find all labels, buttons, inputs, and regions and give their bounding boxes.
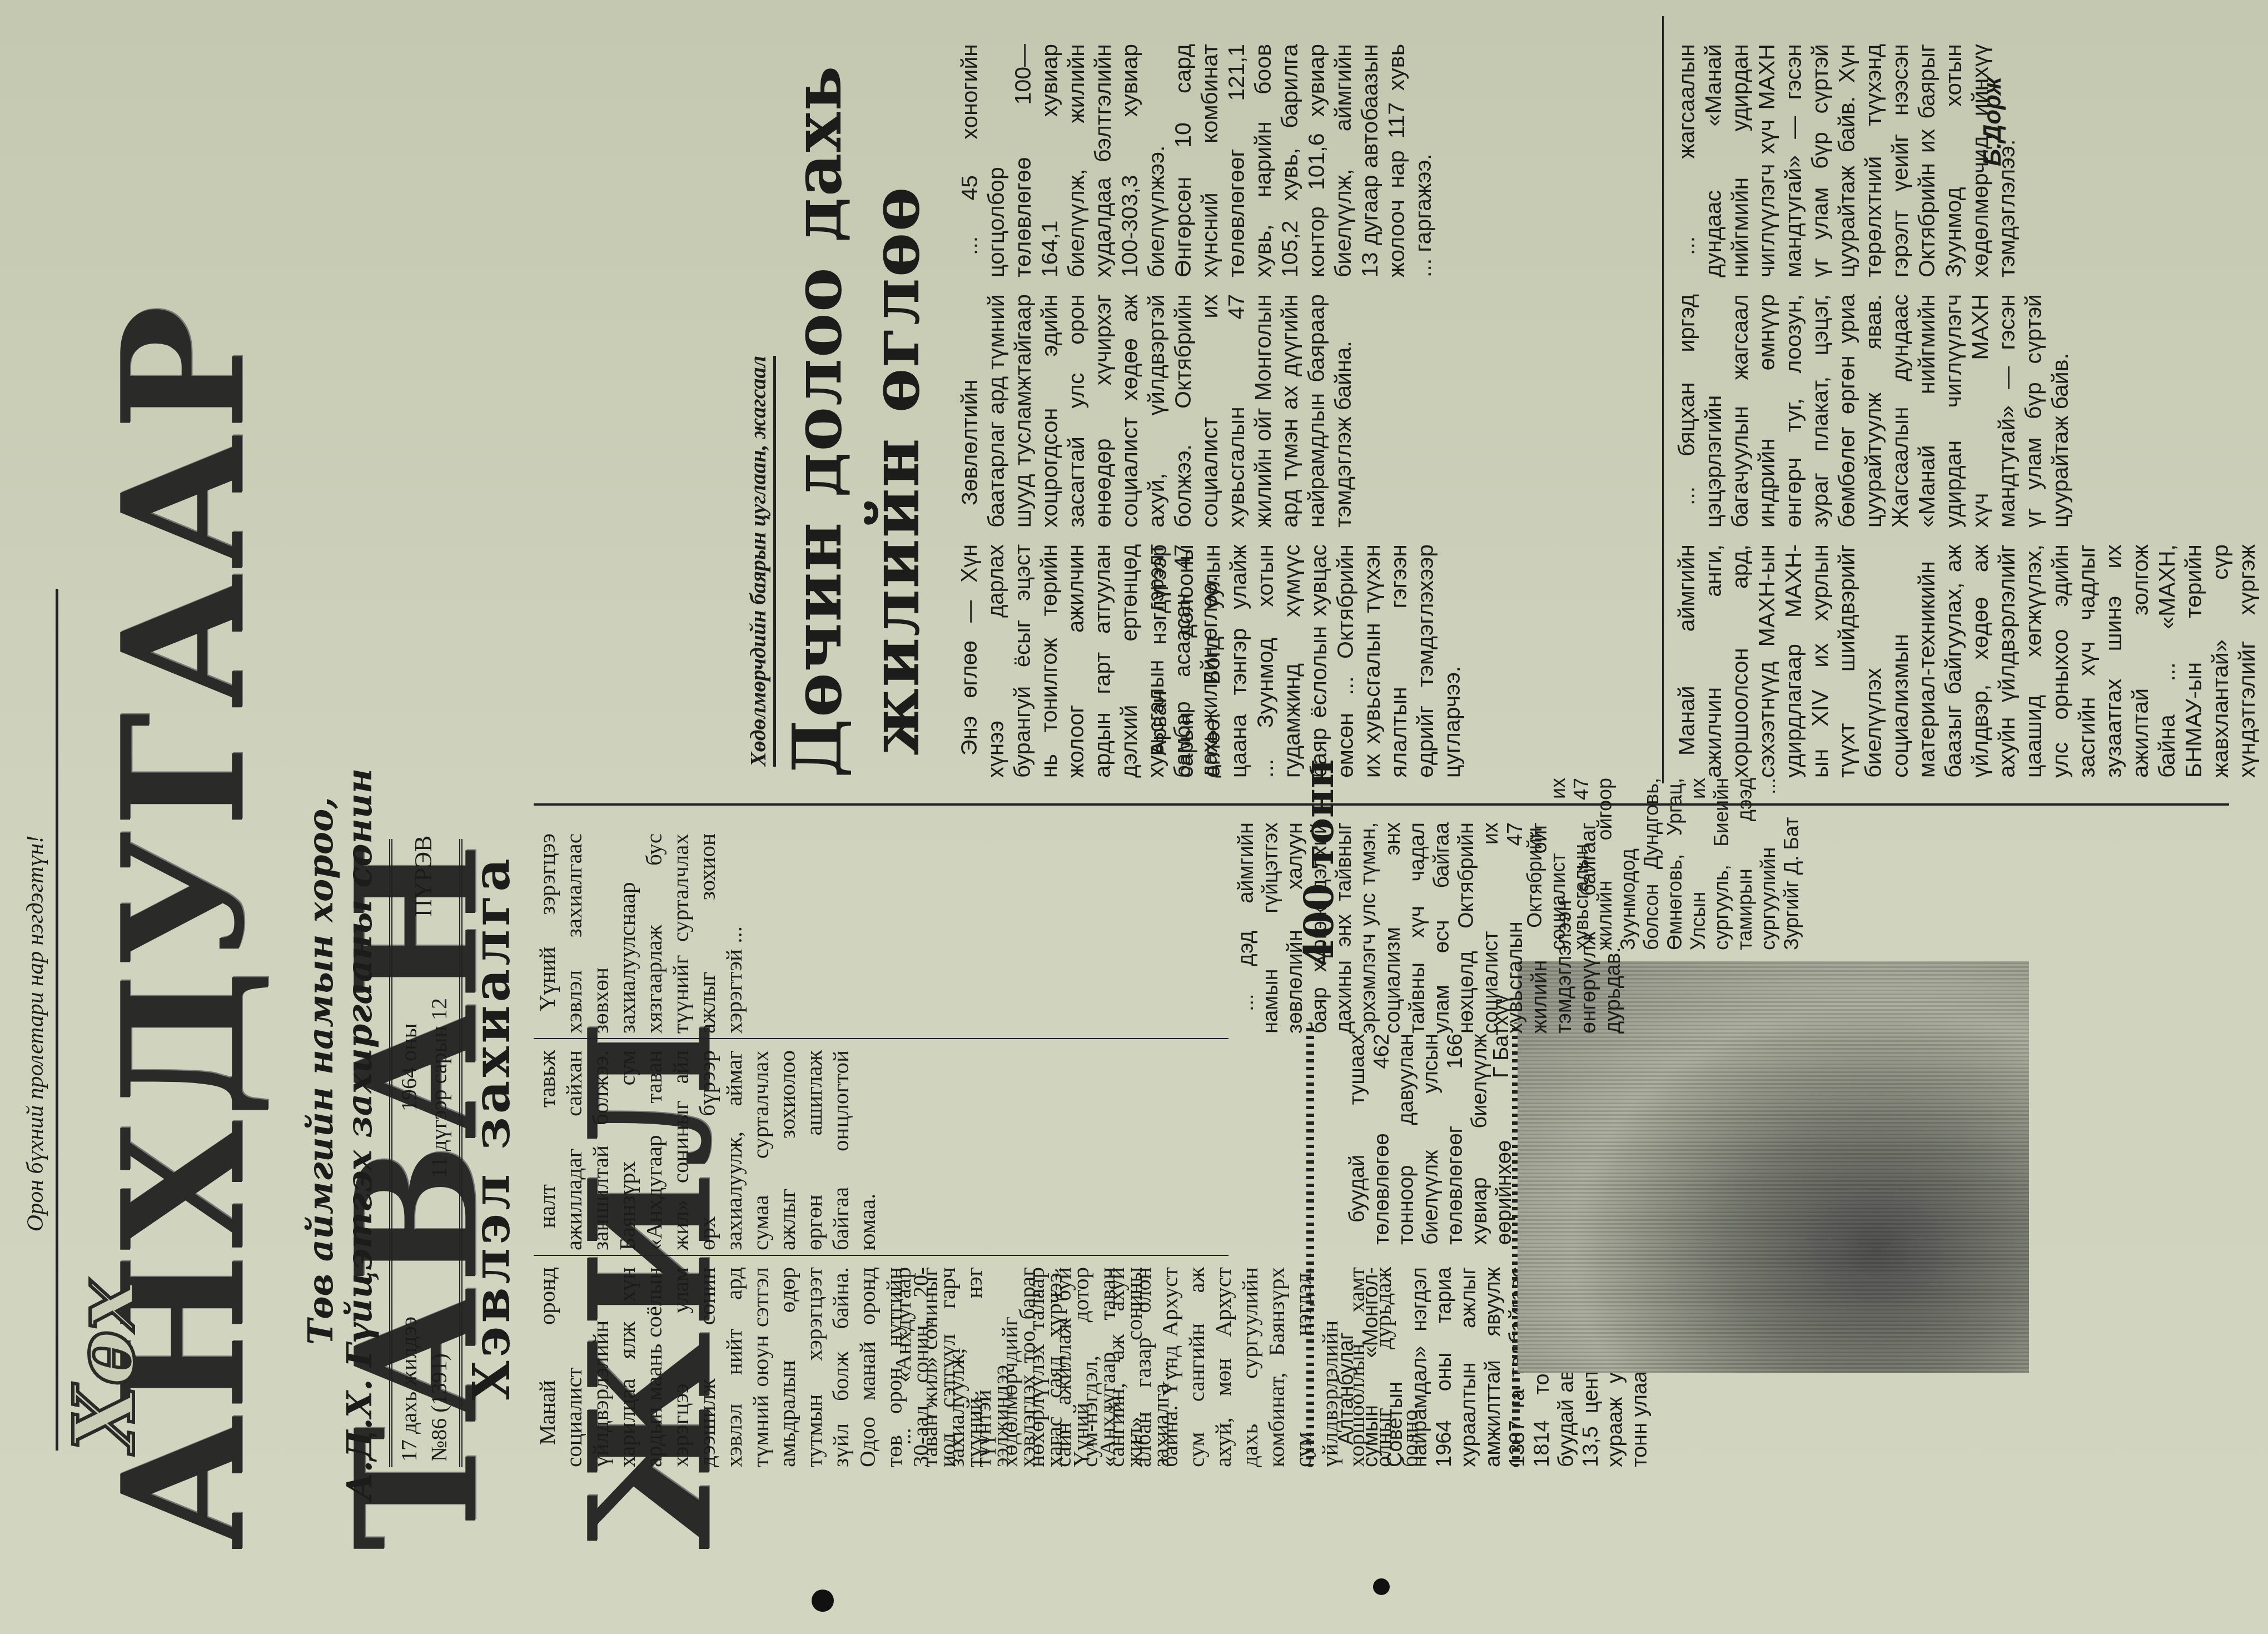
masthead-script: Хөх [56,1280,153,1451]
volume: 17 дахь жилдээ [396,1317,422,1462]
masthead-subtitle: Төв аймгийн намын хороо, [300,797,341,1345]
headline-47th-morning: Дөчин долоо дахь [778,65,857,778]
newspaper-page: Орон бүхний пролетари нар нэгдэгтүн! АНХ… [0,0,2268,1634]
article-column: Арван нэгдүгээр сарын долооны өглөө. Бог… [1145,544,1645,778]
ornament-divider [1306,1022,1314,1467]
column-rule [534,1255,1228,1256]
article-400-tons: буудай тушаах төлөвлөгөө 462 тонноор дав… [1345,1034,1501,1245]
article-column: ... бяцхан иргэд цэцэрлэгийн багачуулын … [1673,294,2173,528]
date: 11 дүгээр сарын 12 [426,998,452,1178]
article-column: Үүний зэрэгцээ хэвлэл захиалгаас зөвхөн … [534,833,1201,1034]
article-column: ... 45 хоногийн цогцолбор төлөвлөгөө 100… [956,44,1645,277]
punch-hole [1373,1578,1390,1595]
headline-47th-morning-line2: жилийн өглөө [856,186,934,756]
page-divider [534,803,2229,806]
masthead-slogan: Орон бүхний пролетари нар нэгдэгтүн! [22,617,49,1451]
article-column: Зөвлөлтийн баатарлаг ард түмний шууд тус… [956,294,1645,528]
article-column: ... «Анхдугаар таван жил» сониныг захиал… [889,1267,1234,1467]
dateline: 17 дахь жилдээ №86 (1391) 1964 оны 11 дү… [389,839,462,1467]
headline-kicker: Хөдөлмөрчдийн баярын цуглаан, жагсаал [745,356,776,767]
year: 1964 оны [396,1024,422,1111]
punch-hole [812,1590,834,1612]
article-altanbulag: Алтанбулаг сумын «Монгол-Советын найрамд… [1334,1267,1501,1467]
issue-number: №86 (1391) [426,1353,452,1462]
weekday: ПҮРЭВ [409,836,437,917]
masthead-subtitle: А.Д.Х. Гүйцэтгэх захиргааны сонин [339,768,380,1501]
article-column: налт тавьж ажилладаг сайхан заншилтай бо… [534,1050,1201,1250]
column-rule [534,1038,1228,1039]
article-column: Манай аймгийн ажилчин анги, хоршоолсон а… [1673,544,2173,778]
article-column: ... дэд аймгийн намын гүйцэтгэх зөвлөлий… [1234,822,1468,1034]
article-lead: Энэ өглөө — Хүн хүнээ дарлах бурангуй ёс… [956,544,1134,778]
article-column: ... жагсаалын дундаас «Манай нийгмийн уд… [1673,44,2007,277]
headline-press-subscription: Хэвлэл захиалга [461,855,521,1400]
section-rule [1662,16,1664,783]
signature: Б.Дорж [1979,77,2007,166]
